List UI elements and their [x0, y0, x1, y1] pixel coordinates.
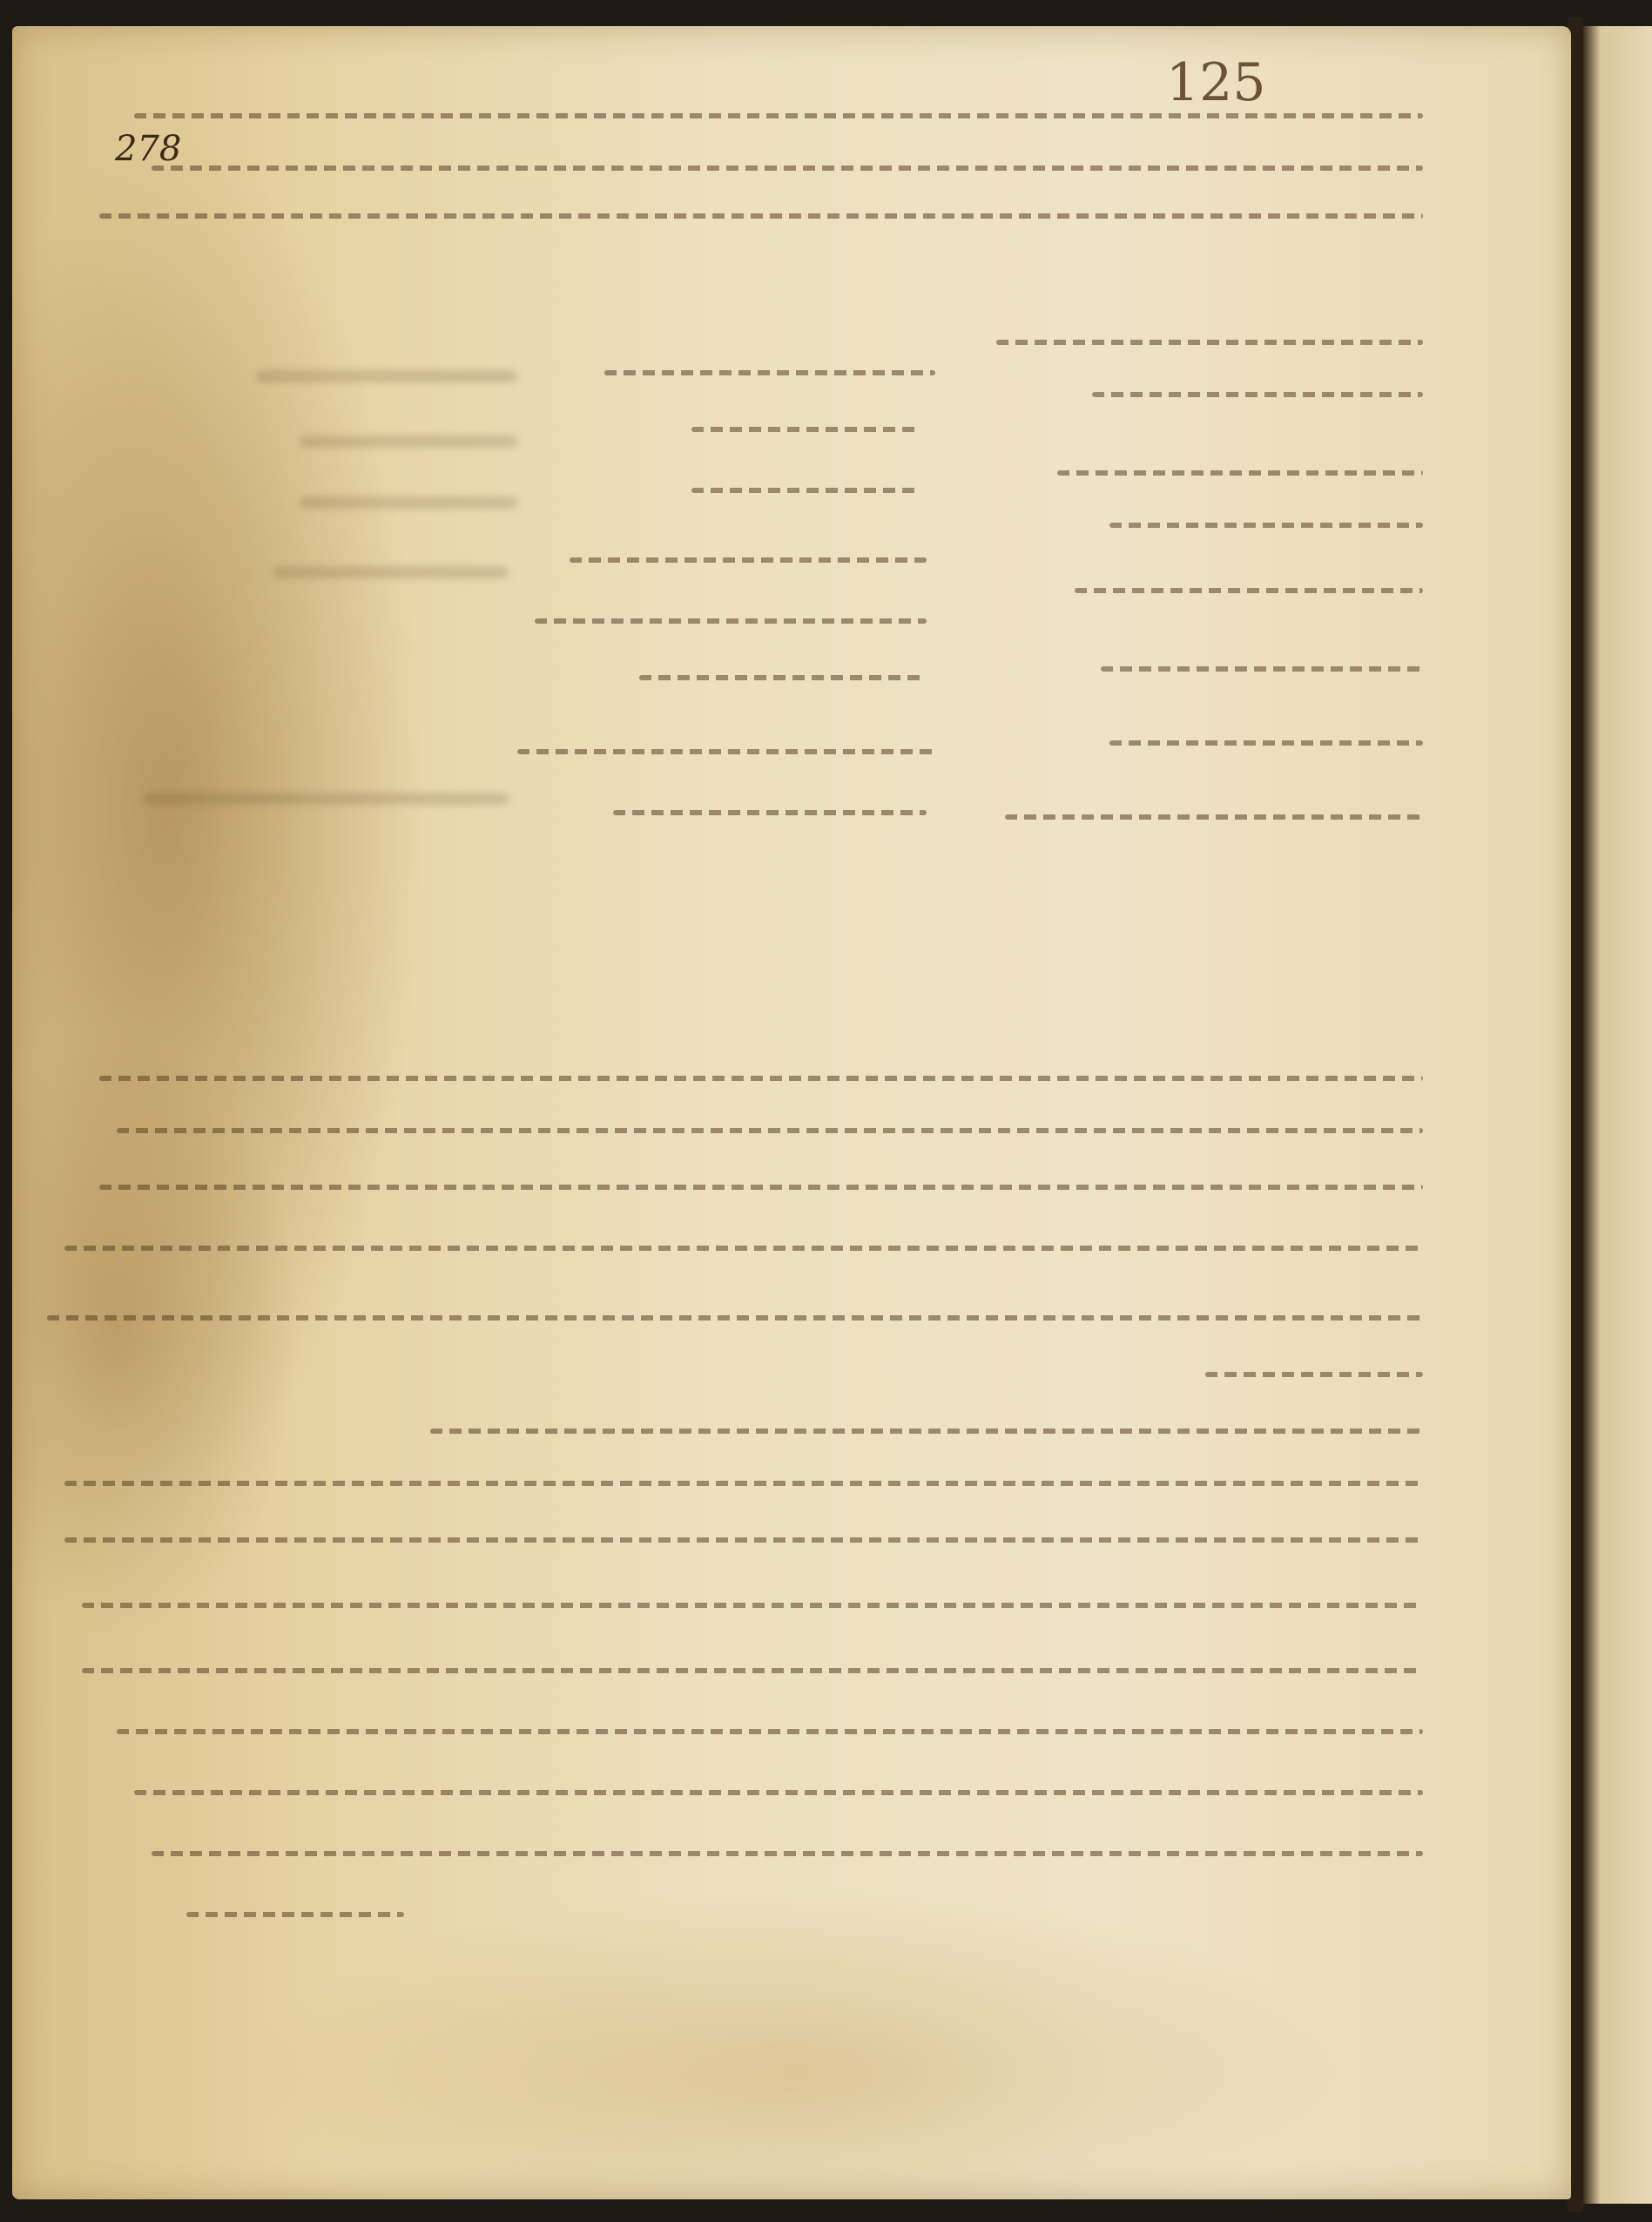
text-line [82, 1668, 1423, 1673]
text-line [99, 1076, 1423, 1081]
faint-list-item [300, 496, 517, 509]
text-line [186, 1912, 404, 1917]
list-item [604, 370, 935, 375]
list-item [1109, 523, 1423, 528]
text-line [1205, 1372, 1423, 1377]
faint-list-item [273, 566, 509, 578]
faint-list-item [256, 370, 517, 382]
adjacent-leaf-edge [1583, 26, 1652, 2204]
list-item [517, 749, 935, 754]
text-line [99, 213, 1423, 219]
text-line [430, 1428, 1423, 1434]
list-item [613, 810, 927, 815]
list-item [691, 427, 918, 432]
text-line [117, 1128, 1423, 1133]
text-line [64, 1537, 1423, 1543]
list-item [996, 340, 1423, 345]
text-line [134, 113, 1423, 118]
text-line [47, 1315, 1423, 1320]
text-line [64, 1481, 1423, 1486]
text-line [99, 1185, 1423, 1190]
list-item [1075, 588, 1423, 593]
list-item [1005, 814, 1423, 820]
list-item [691, 488, 918, 493]
list-item [1092, 392, 1423, 397]
list-item [639, 675, 927, 680]
text-line [82, 1603, 1423, 1608]
manuscript-page: 278 125 [12, 26, 1571, 2199]
faint-list-item [300, 436, 517, 448]
list-item [1057, 470, 1423, 476]
text-line [64, 1246, 1423, 1251]
list-item [535, 618, 927, 624]
manuscript-scan: 278 125 [0, 0, 1652, 2222]
text-line [117, 1729, 1423, 1734]
text-line [134, 1790, 1423, 1795]
list-item [1109, 740, 1423, 746]
list-item [1101, 666, 1423, 672]
folio-number-left: 278 [115, 129, 181, 169]
folio-number-right: 125 [1166, 52, 1266, 113]
faint-list-item [143, 793, 509, 805]
text-line [152, 165, 1423, 171]
list-item [570, 557, 927, 563]
text-line [152, 1851, 1423, 1856]
